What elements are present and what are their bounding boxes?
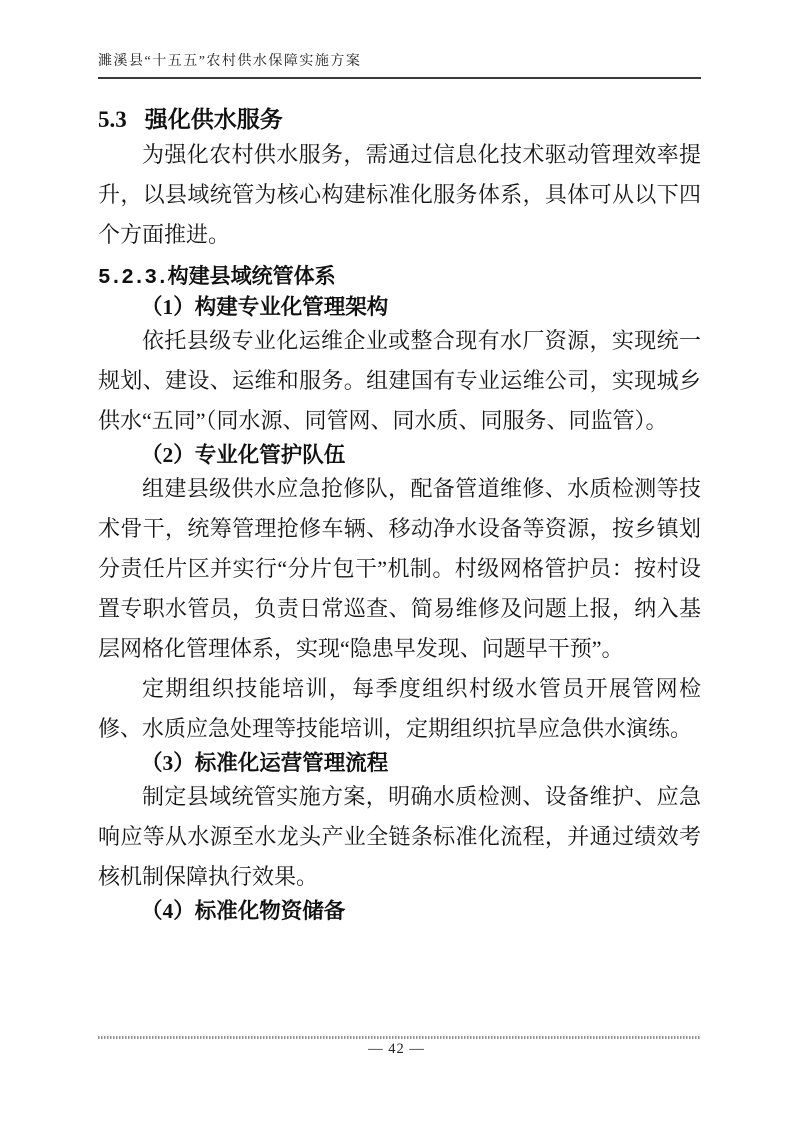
section-title: 强化供水服务 [145, 106, 283, 132]
page-number: — 42 — [0, 1041, 793, 1058]
item-heading-3: （3）标准化运营管理流程 [98, 749, 701, 777]
item-2-paragraph-2: 定期组织技能培训，每季度组织村级水管员开展管网检修、水质应急处理等技能培训，定期… [98, 669, 701, 749]
section-number: 5.3 [98, 107, 127, 132]
document-page: 濉溪县“十五五”农村供水保障实施方案 5.3强化供水服务 为强化农村供水服务，需… [0, 0, 793, 1122]
page-content: 5.3强化供水服务 为强化农村供水服务，需通过信息化技术驱动管理效率提升，以县域… [98, 96, 701, 925]
item-heading-2: （2）专业化管护队伍 [98, 441, 701, 469]
page-header: 濉溪县“十五五”农村供水保障实施方案 [98, 50, 701, 79]
subsection-heading: 5.2.3.构建县域统管体系 [98, 263, 701, 293]
subsection-title: 构建县域统管体系 [168, 265, 336, 288]
footer-divider [98, 1036, 701, 1039]
item-2-paragraph-1: 组建县级供水应急抢修队，配备管道维修、水质检测等技术骨干，统筹管理抢修车辆、移动… [98, 469, 701, 669]
item-3-paragraph: 制定县域统管实施方案，明确水质检测、设备维护、应急响应等从水源至水龙头产业全链条… [98, 777, 701, 897]
item-heading-1: （1）构建专业化管理架构 [98, 293, 701, 321]
intro-paragraph: 为强化农村供水服务，需通过信息化技术驱动管理效率提升，以县域统管为核心构建标准化… [98, 135, 701, 255]
subsection-number: 5.2.3. [98, 267, 168, 290]
item-1-paragraph: 依托县级专业化运维企业或整合现有水厂资源，实现统一规划、建设、运维和服务。组建国… [98, 321, 701, 441]
section-heading: 5.3强化供水服务 [98, 104, 701, 135]
header-title: 濉溪县“十五五”农村供水保障实施方案 [98, 54, 361, 69]
item-heading-4: （4）标准化物资储备 [98, 897, 701, 925]
